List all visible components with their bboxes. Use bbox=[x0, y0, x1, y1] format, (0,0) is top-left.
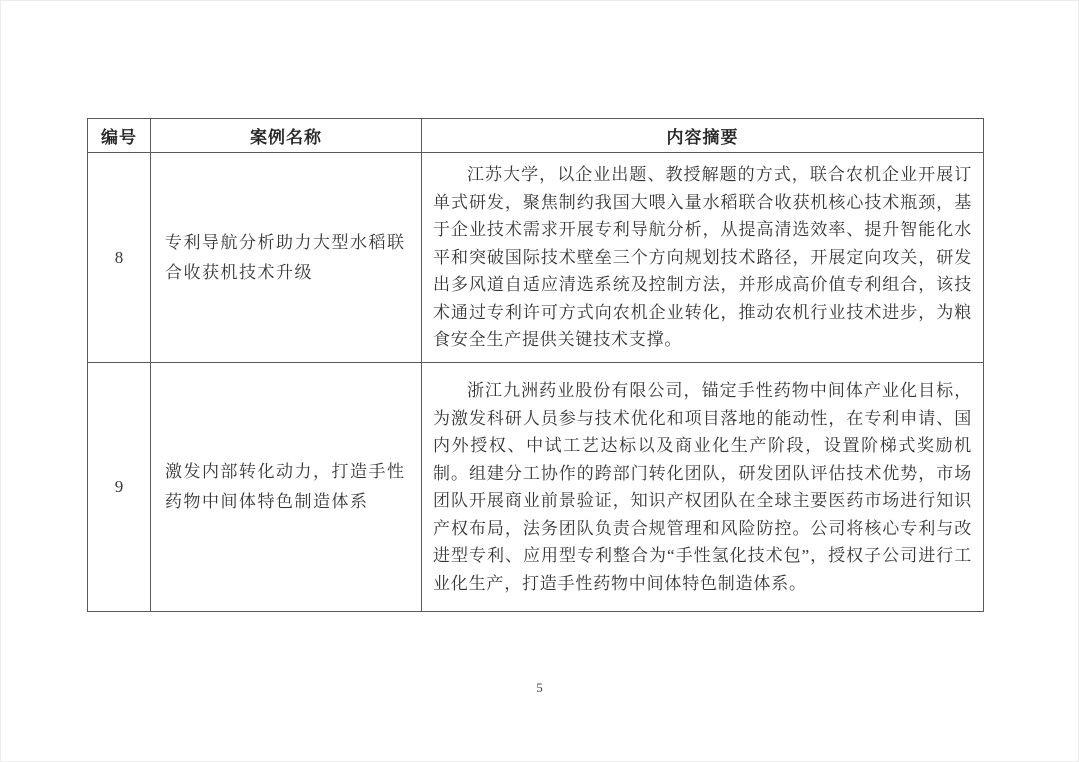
case-table: 编号 案例名称 内容摘要 8 专利导航分析助力大型水稻联合收获机技术升级 江苏大… bbox=[87, 118, 984, 612]
case-number: 9 bbox=[88, 363, 151, 612]
document-page: 编号 案例名称 内容摘要 8 专利导航分析助力大型水稻联合收获机技术升级 江苏大… bbox=[0, 0, 1079, 762]
header-summary: 内容摘要 bbox=[422, 119, 984, 153]
case-name: 激发内部转化动力，打造手性药物中间体特色制造体系 bbox=[151, 363, 422, 612]
header-number: 编号 bbox=[88, 119, 151, 153]
table-header-row: 编号 案例名称 内容摘要 bbox=[88, 119, 984, 153]
case-number: 8 bbox=[88, 153, 151, 363]
case-summary: 浙江九洲药业股份有限公司，锚定手性药物中间体产业化目标，为激发科研人员参与技术优… bbox=[433, 377, 972, 597]
case-summary-cell: 江苏大学，以企业出题、教授解题的方式，联合农机企业开展订单式研发，聚焦制约我国大… bbox=[422, 153, 984, 363]
header-case-name: 案例名称 bbox=[151, 119, 422, 153]
table-row: 8 专利导航分析助力大型水稻联合收获机技术升级 江苏大学，以企业出题、教授解题的… bbox=[88, 153, 984, 363]
table-row: 9 激发内部转化动力，打造手性药物中间体特色制造体系 浙江九洲药业股份有限公司，… bbox=[88, 363, 984, 612]
page-number: 5 bbox=[0, 680, 1079, 696]
case-summary-cell: 浙江九洲药业股份有限公司，锚定手性药物中间体产业化目标，为激发科研人员参与技术优… bbox=[422, 363, 984, 612]
case-summary: 江苏大学，以企业出题、教授解题的方式，联合农机企业开展订单式研发，聚焦制约我国大… bbox=[433, 161, 972, 354]
case-name: 专利导航分析助力大型水稻联合收获机技术升级 bbox=[151, 153, 422, 363]
